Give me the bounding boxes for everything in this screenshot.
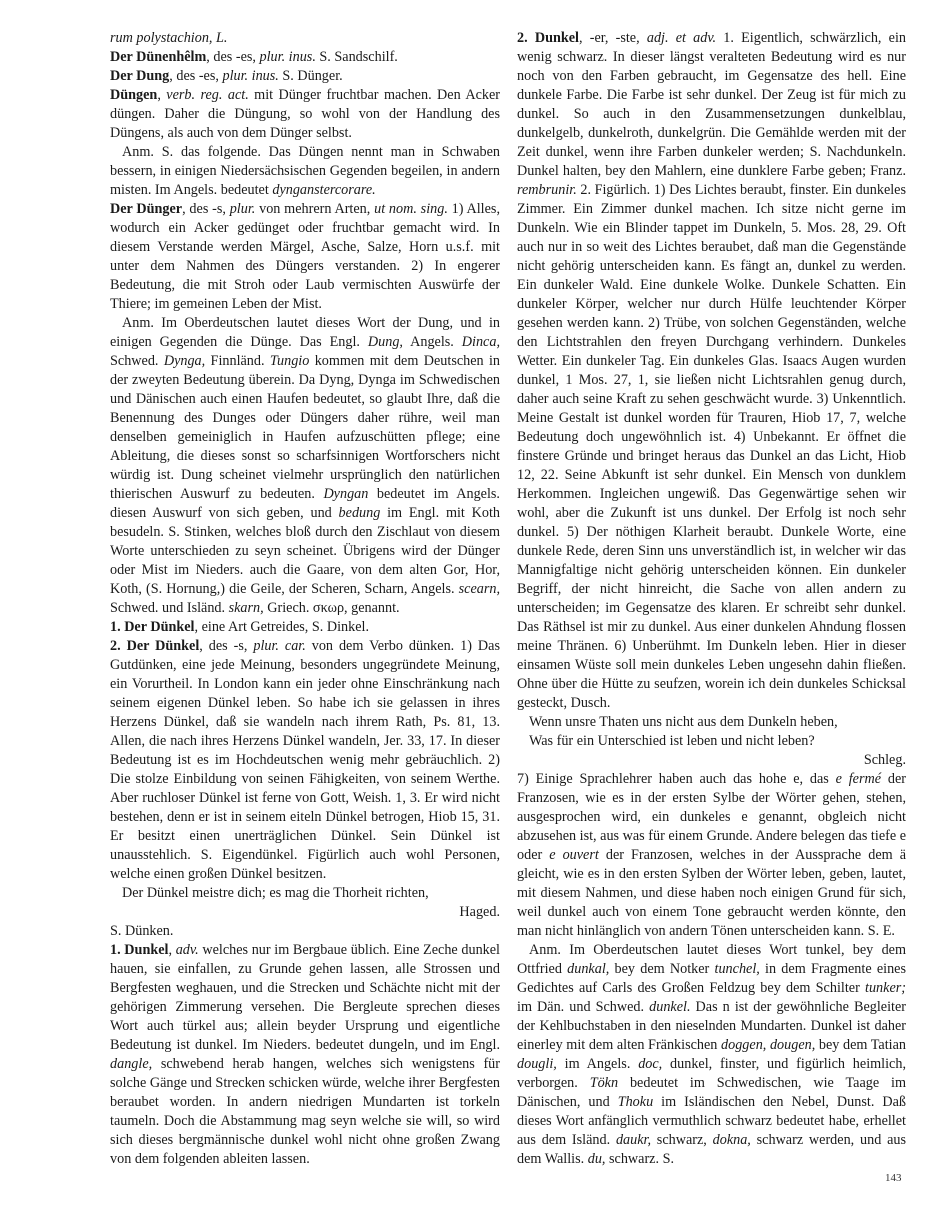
headword: Der Dünger [110, 201, 182, 217]
entry-text: Wenn unsre Thaten uns nicht aus dem Dunk… [529, 714, 838, 730]
italic-term: tunker; [865, 980, 906, 996]
headword: Der Dünenhêlm [110, 49, 206, 65]
entry-text: schwebend herab hangen, welches sich wen… [110, 1056, 500, 1167]
dictionary-entry: Anm. S. das folgende. Das Düngen nennt m… [110, 143, 500, 200]
italic-term: skarn, [229, 600, 264, 616]
entry-text: Finnländ. [205, 353, 270, 369]
dictionary-entry: 1. Der Dünkel, eine Art Getreides, S. Di… [110, 618, 500, 637]
entry-text: S. Dünger. [279, 68, 343, 84]
verse-line: Der Dünkel meistre dich; es mag die Thor… [110, 884, 500, 903]
entry-text: schwarz. S. [605, 1151, 674, 1167]
italic-term: dokna, [713, 1132, 751, 1148]
dictionary-entry: 1. Dunkel, adv. welches nur im Bergbaue … [110, 941, 500, 1169]
entry-text: 1. Eigentlich, schwärzlich, ein wenig sc… [517, 30, 906, 179]
headword: 2. Der Dünkel [110, 638, 199, 654]
citation-source: Haged. [110, 903, 500, 922]
italic-term: rum polystachion, L. [110, 30, 227, 46]
dictionary-entry: Der Dünger, des -s, plur. von mehrern Ar… [110, 200, 500, 314]
entry-text: , -er, -ste, [579, 30, 647, 46]
italic-term: Tökn [590, 1075, 618, 1091]
entry-text: Was für ein Unterschied ist leben und ni… [529, 733, 815, 749]
entry-text: , des -s, [199, 638, 253, 654]
headword: 2. Dunkel [517, 30, 579, 46]
italic-term: Dung, [368, 334, 403, 350]
italic-term: Dinca, [462, 334, 500, 350]
headword: 1. Der Dünkel [110, 619, 194, 635]
citation-source: Schleg. [517, 751, 906, 770]
italic-term: daukr, [616, 1132, 651, 1148]
entry-text: welches nur im Bergbaue üblich. Eine Zec… [110, 942, 500, 1053]
entry-text: kommen mit dem Deutschen in der zweyten … [110, 353, 500, 502]
entry-text: bey dem Tatian [815, 1037, 906, 1053]
entry-text: 1) Alles, wodurch ein Acker gedünget ode… [110, 201, 500, 312]
italic-term: plur. inus. [222, 68, 278, 84]
entry-text: Griech. σκωρ, genannt. [264, 600, 400, 616]
entry-text: Schwed. und Isländ. [110, 600, 229, 616]
dictionary-entry: S. Dünken. [110, 922, 500, 941]
entry-text: Schwed. [110, 353, 164, 369]
entry-text: von dem Verbo dünken. 1) Das Gutdünken, … [110, 638, 500, 882]
entry-text: im Dän. und Schwed. [517, 999, 649, 1015]
entry-text: S. Sandschilf. [316, 49, 398, 65]
italic-term: Dyngan [323, 486, 368, 502]
entry-text: bey dem Notker [609, 961, 714, 977]
entry-text: 2. Figürlich. 1) Des Lichtes beraubt, fi… [517, 182, 906, 711]
entry-text: , des -es, [169, 68, 222, 84]
entry-text: Haged. [459, 904, 500, 920]
dictionary-entry: Der Dung, des -es, plur. inus. S. Dünger… [110, 67, 500, 86]
right-column: 2. Dunkel, -er, -ste, adj. et adv. 1. Ei… [517, 29, 906, 1169]
entry-text: , eine Art Getreides, S. Dinkel. [194, 619, 369, 635]
entry-text: 7) Einige Sprachlehrer haben auch das ho… [517, 771, 836, 787]
verse-line: Wenn unsre Thaten uns nicht aus dem Dunk… [517, 713, 906, 732]
dictionary-entry: rum polystachion, L. [110, 29, 500, 48]
italic-term: du, [588, 1151, 606, 1167]
headword: Der Dung [110, 68, 169, 84]
entry-text: im Angels. [557, 1056, 638, 1072]
italic-term: verb. reg. act. [166, 87, 248, 103]
italic-term: scearn, [459, 581, 500, 597]
verse-line: Was für ein Unterschied ist leben und ni… [517, 732, 906, 751]
italic-term: plur. [230, 201, 256, 217]
italic-term: plur. inus. [260, 49, 316, 65]
entry-text: , des -es, [206, 49, 259, 65]
italic-term: dangle, [110, 1056, 152, 1072]
italic-term: Dynga, [164, 353, 205, 369]
entry-text: Der Dünkel meistre dich; es mag die Thor… [122, 885, 429, 901]
italic-term: ut nom. sing. [374, 201, 448, 217]
dictionary-entry: Düngen, verb. reg. act. mit Dünger fruch… [110, 86, 500, 143]
italic-term: plur. car. [253, 638, 305, 654]
headword: Düngen [110, 87, 157, 103]
italic-term: bedung [339, 505, 381, 521]
entry-text: S. Dünken. [110, 923, 173, 939]
italic-term: dunkel. [649, 999, 690, 1015]
italic-term: Thoku [618, 1094, 653, 1110]
italic-term: dunkal, [567, 961, 609, 977]
italic-term: doc, [638, 1056, 662, 1072]
italic-term: e ouvert [549, 847, 599, 863]
italic-term: adv. [176, 942, 199, 958]
dictionary-entry: 2. Der Dünkel, des -s, plur. car. von de… [110, 637, 500, 884]
entry-text: , [168, 942, 175, 958]
italic-term: adj. et adv. [647, 30, 716, 46]
dictionary-entry: Der Dünenhêlm, des -es, plur. inus. S. S… [110, 48, 500, 67]
headword: 1. Dunkel [110, 942, 168, 958]
italic-term: dynganstercorare. [272, 182, 375, 198]
italic-term: doggen, dougen, [721, 1037, 815, 1053]
dictionary-entry: Anm. Im Oberdeutschen lautet dieses Wort… [517, 941, 906, 1169]
entry-text: , des -s, [182, 201, 230, 217]
dictionary-entry: 2. Dunkel, -er, -ste, adj. et adv. 1. Ei… [517, 29, 906, 713]
page-number: 143 [885, 1172, 902, 1184]
italic-term: rembrunir. [517, 182, 577, 198]
left-column: rum polystachion, L.Der Dünenhêlm, des -… [110, 29, 500, 1169]
entry-text: , [157, 87, 166, 103]
italic-term: dougli, [517, 1056, 557, 1072]
italic-term: tunchel, [715, 961, 760, 977]
italic-term: Tungio [270, 353, 309, 369]
entry-text: schwarz, [651, 1132, 713, 1148]
italic-term: e fermé [836, 771, 881, 787]
entry-text: Schleg. [864, 752, 906, 768]
dictionary-entry: Anm. Im Oberdeutschen lautet dieses Wort… [110, 314, 500, 618]
dictionary-entry: 7) Einige Sprachlehrer haben auch das ho… [517, 770, 906, 941]
entry-text: von mehrern Arten, [255, 201, 374, 217]
entry-text: Angels. [403, 334, 462, 350]
